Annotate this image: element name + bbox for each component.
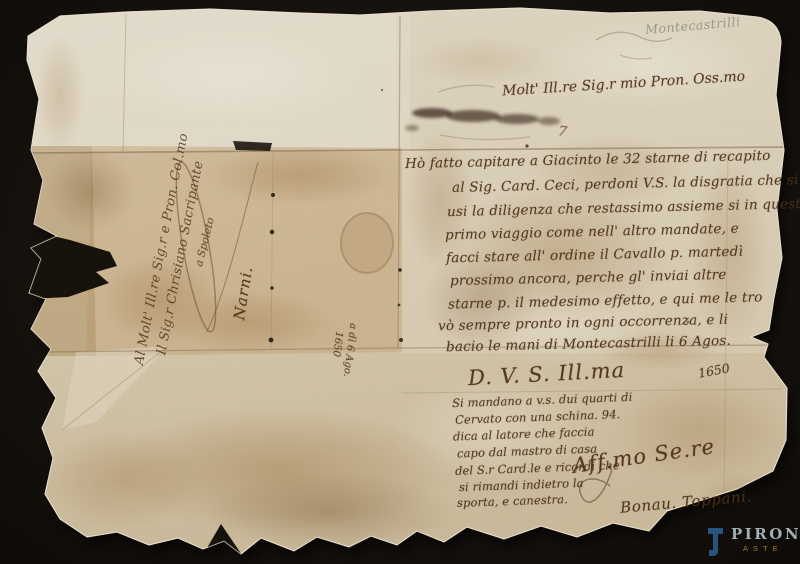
pirone-logo-icon [706,527,726,557]
watermark-text: PIRONE ASTE [731,527,800,553]
watermark: PIRONE ASTE [706,527,800,557]
manuscript-photo: Montecastrilli Molt' Ill.re Sig.r mio Pr… [0,0,800,564]
watermark-name: PIRONE [731,527,800,542]
watermark-subtitle: ASTE [731,545,800,553]
